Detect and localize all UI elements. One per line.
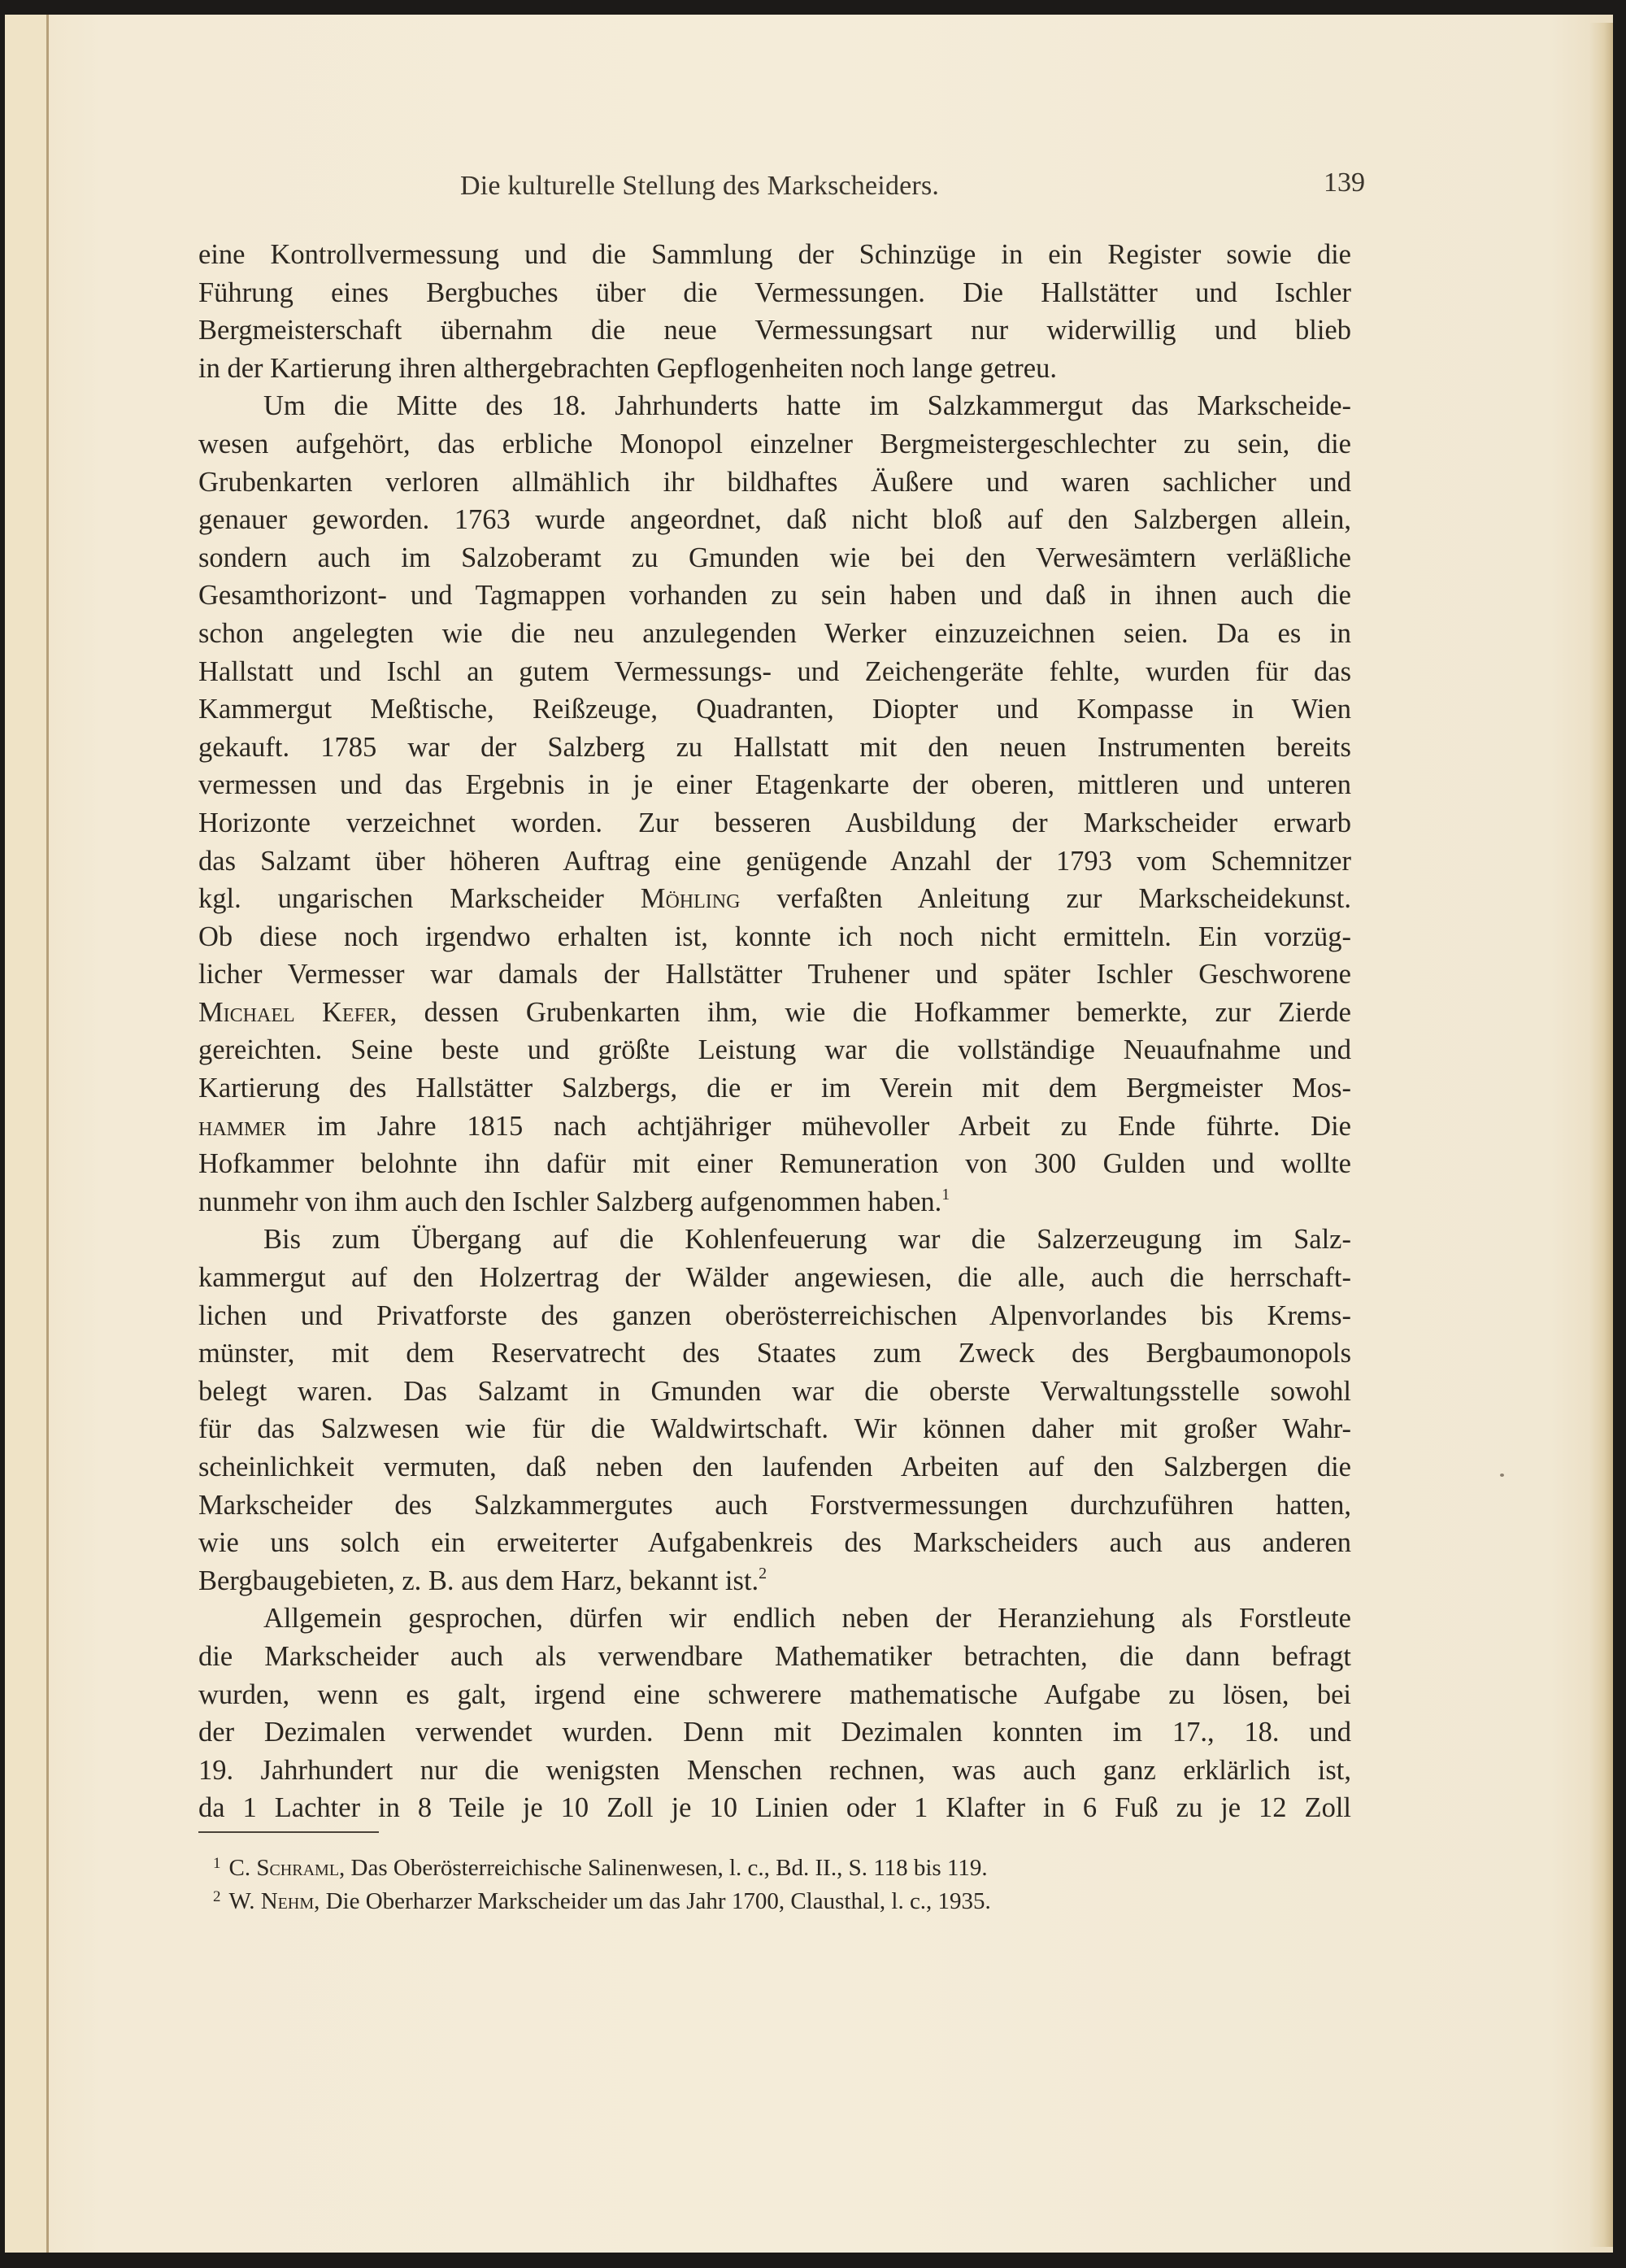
text-line: 19. Jahrhundert nur die wenigsten Mensch… [198, 1752, 1351, 1790]
text-line: da 1 Lachter in 8 Teile je 10 Zoll je 10… [198, 1789, 1351, 1827]
text-segment: im Jahre 1815 nach achtjähriger mühevoll… [286, 1111, 1351, 1142]
text-line: sondern auch im Salzoberamt zu Gmunden w… [198, 539, 1351, 577]
text-segment: , dessen Grubenkarten ihm, wie die Hofka… [390, 997, 1351, 1028]
page-number: 139 [1324, 168, 1365, 198]
footnote-1: 1C. Schraml, Das Oberösterreichische Sal… [213, 1849, 1351, 1883]
page-fold-line [46, 15, 49, 2253]
citation-text: , Die Oberharzer Markscheider um das Jah… [314, 1888, 991, 1914]
person-name-mosshammer: hammer [198, 1111, 286, 1142]
text-line: Bergbaugebieten, z. B. aus dem Harz, bek… [198, 1562, 1351, 1600]
body-text: eine Kontrollvermessung und die Sammlung… [198, 236, 1351, 1827]
text-line: gereichten. Seine beste und größte Leist… [198, 1031, 1351, 1069]
author-name: Nehm [261, 1888, 314, 1914]
person-name-möhling: Möhling [641, 883, 741, 914]
footnote-divider [198, 1831, 379, 1833]
text-segment: kgl. ungarischen Markscheider [198, 883, 641, 914]
text-segment: C. [229, 1855, 257, 1881]
text-line: das Salzamt über höheren Auftrag eine ge… [198, 842, 1351, 881]
text-line: vermessen und das Ergebnis in je einer E… [198, 766, 1351, 804]
text-line: kgl. ungarischen Markscheider Möhling ve… [198, 880, 1351, 918]
text-line: in der Kartierung ihren althergebrachten… [198, 350, 1351, 388]
text-line: der Dezimalen verwendet wurden. Denn mit… [198, 1713, 1351, 1752]
text-line: Kartierung des Hallstätter Salzbergs, di… [198, 1069, 1351, 1108]
text-line: lichen und Privatforste des ganzen oberö… [198, 1297, 1351, 1335]
text-line: hammer im Jahre 1815 nach achtjähriger m… [198, 1108, 1351, 1146]
text-line: belegt waren. Das Salzamt in Gmunden war… [198, 1373, 1351, 1411]
text-line: die Markscheider auch als verwendbare Ma… [198, 1638, 1351, 1676]
paragraph-start-line: Allgemein gesprochen, dürfen wir endlich… [198, 1600, 1351, 1638]
text-line: gekauft. 1785 war der Salzberg zu Hallst… [198, 729, 1351, 767]
text-segment: nunmehr von ihm auch den Ischler Salzber… [198, 1186, 941, 1217]
footnote-ref-1[interactable]: 1 [941, 1186, 950, 1204]
text-line: licher Vermesser war damals der Hallstät… [198, 956, 1351, 994]
footnotes: 1C. Schraml, Das Oberösterreichische Sal… [213, 1849, 1351, 1916]
text-line: Führung eines Bergbuches über die Vermes… [198, 274, 1351, 312]
footnote-marker: 1 [213, 1855, 221, 1872]
person-name-michael-kefer: Michael Kefer [198, 997, 390, 1028]
text-line: münster, mit dem Reservatrecht des Staat… [198, 1334, 1351, 1373]
author-name: Schraml [256, 1855, 339, 1881]
text-line: Bergmeisterschaft übernahm die neue Verm… [198, 311, 1351, 350]
text-line: nunmehr von ihm auch den Ischler Salzber… [198, 1183, 1351, 1221]
footnote-2: 2W. Nehm, Die Oberharzer Markscheider um… [213, 1883, 1351, 1916]
text-line: scheinlichkeit vermuten, daß neben den l… [198, 1448, 1351, 1487]
text-line: Hofkammer belohnte ihn dafür mit einer R… [198, 1145, 1351, 1183]
text-line: kammergut auf den Holzertrag der Wälder … [198, 1259, 1351, 1297]
text-line: wesen aufgehört, das erbliche Monopol ei… [198, 425, 1351, 464]
paper-speck [1500, 1474, 1504, 1477]
text-line: wurden, wenn es galt, irgend eine schwer… [198, 1676, 1351, 1714]
text-line: Horizonte verzeichnet worden. Zur besser… [198, 804, 1351, 842]
facing-page-edge [5, 15, 46, 2253]
page-stack-edge [1590, 23, 1613, 2247]
text-segment: W. [229, 1888, 261, 1914]
text-line: Kammergut Meßtische, Reißzeuge, Quadrant… [198, 690, 1351, 729]
text-line: Grubenkarten verloren allmählich ihr bil… [198, 464, 1351, 502]
text-line: Markscheider des Salzkammergutes auch Fo… [198, 1487, 1351, 1525]
text-segment: verfaßten Anleitung zur Markscheidekunst… [740, 883, 1351, 914]
text-line: Gesamthorizont- und Tagmappen vorhanden … [198, 577, 1351, 615]
text-line: Ob diese noch irgendwo erhalten ist, kon… [198, 918, 1351, 956]
running-head-title: Die kulturelle Stellung des Markscheider… [460, 171, 1354, 202]
citation-text: , Das Oberösterreichische Salinenwesen, … [339, 1855, 988, 1881]
paragraph-start-line: Bis zum Übergang auf die Kohlenfeuerung … [198, 1221, 1351, 1259]
text-segment: Bergbaugebieten, z. B. aus dem Harz, bek… [198, 1565, 759, 1596]
footnote-ref-2[interactable]: 2 [759, 1565, 767, 1582]
text-line: eine Kontrollvermessung und die Sammlung… [198, 236, 1351, 274]
text-line: Hallstatt und Ischl an gutem Vermessungs… [198, 653, 1351, 691]
footnote-marker: 2 [213, 1888, 221, 1905]
text-line: für das Salzwesen wie für die Waldwirtsc… [198, 1410, 1351, 1448]
paragraph-start-line: Um die Mitte des 18. Jahrhunderts hatte … [198, 387, 1351, 425]
text-line: Michael Kefer, dessen Grubenkarten ihm, … [198, 994, 1351, 1032]
text-line: genauer geworden. 1763 wurde angeordnet,… [198, 501, 1351, 539]
text-line: schon angelegten wie die neu anzulegende… [198, 615, 1351, 653]
text-line: wie uns solch ein erweiterter Aufgabenkr… [198, 1524, 1351, 1562]
